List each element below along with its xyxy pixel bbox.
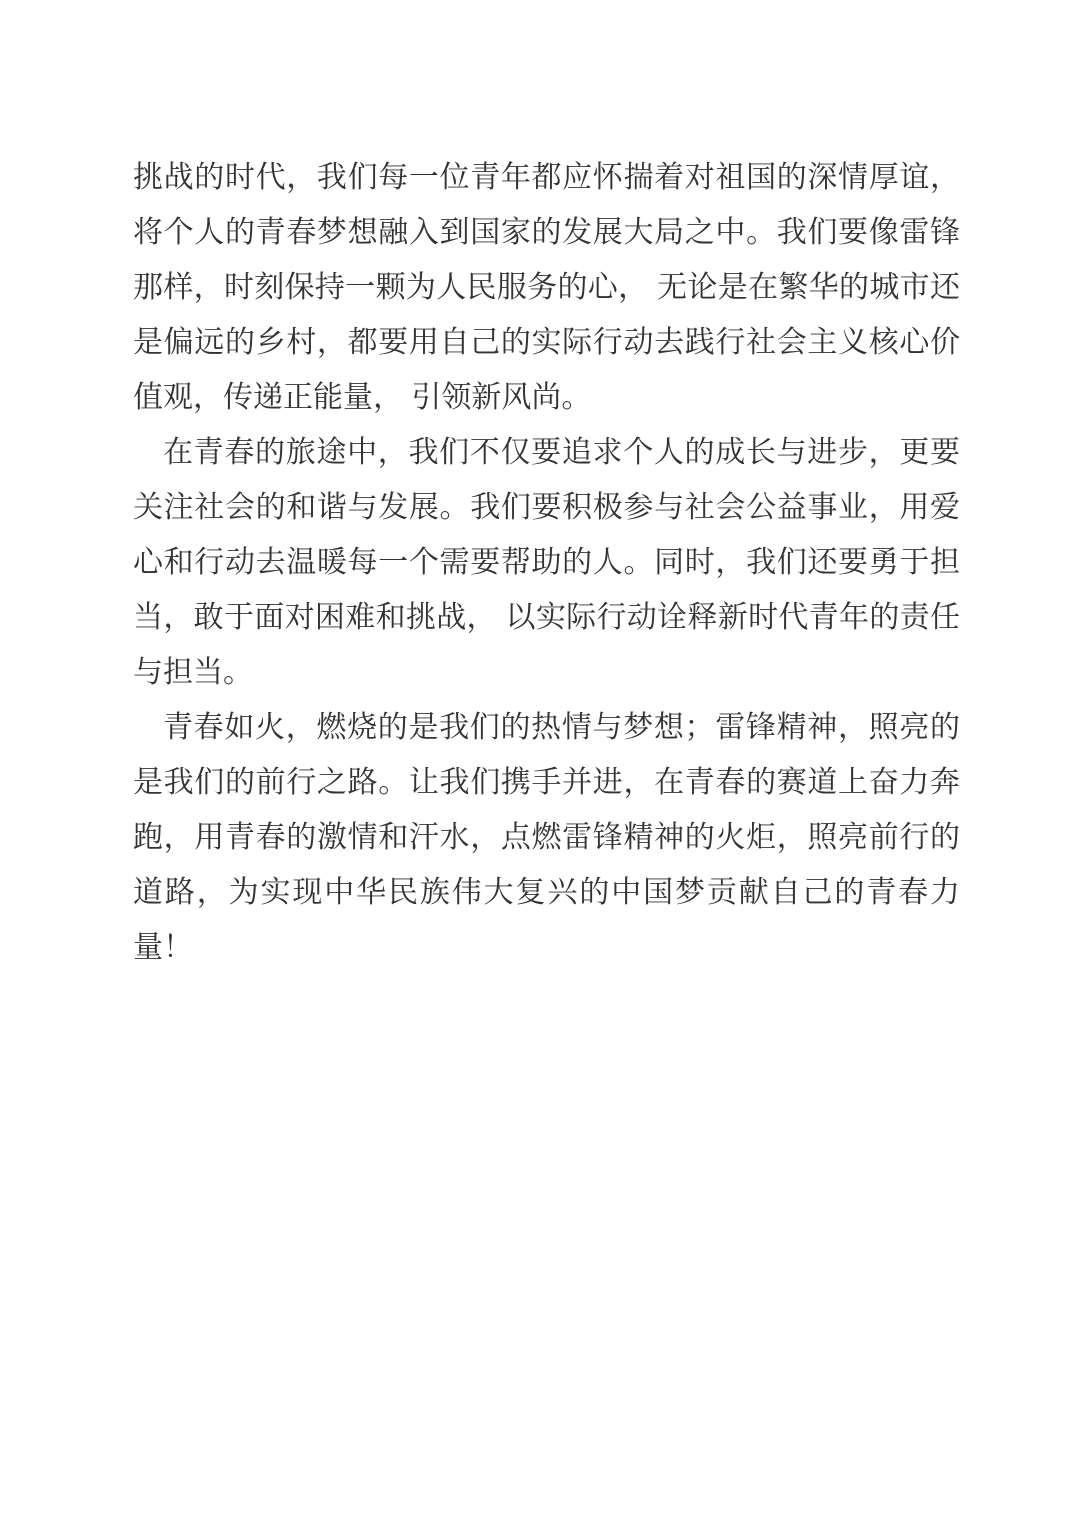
paragraph-continuation: 挑战的时代，我们每一位青年都应怀揣着对祖国的深情厚谊，将个人的青春梦想融入到国家…	[133, 150, 960, 425]
document-text-body: 挑战的时代，我们每一位青年都应怀揣着对祖国的深情厚谊，将个人的青春梦想融入到国家…	[0, 0, 1080, 975]
paragraph-youth-like-fire: 青春如火，燃烧的是我们的热情与梦想；雷锋精神，照亮的是我们的前行之路。让我们携手…	[133, 700, 960, 975]
paragraph-youth-journey: 在青春的旅途中，我们不仅要追求个人的成长与进步，更要关注社会的和谐与发展。我们要…	[133, 425, 960, 700]
document-page: 挑战的时代，我们每一位青年都应怀揣着对祖国的深情厚谊，将个人的青春梦想融入到国家…	[0, 0, 1080, 1527]
